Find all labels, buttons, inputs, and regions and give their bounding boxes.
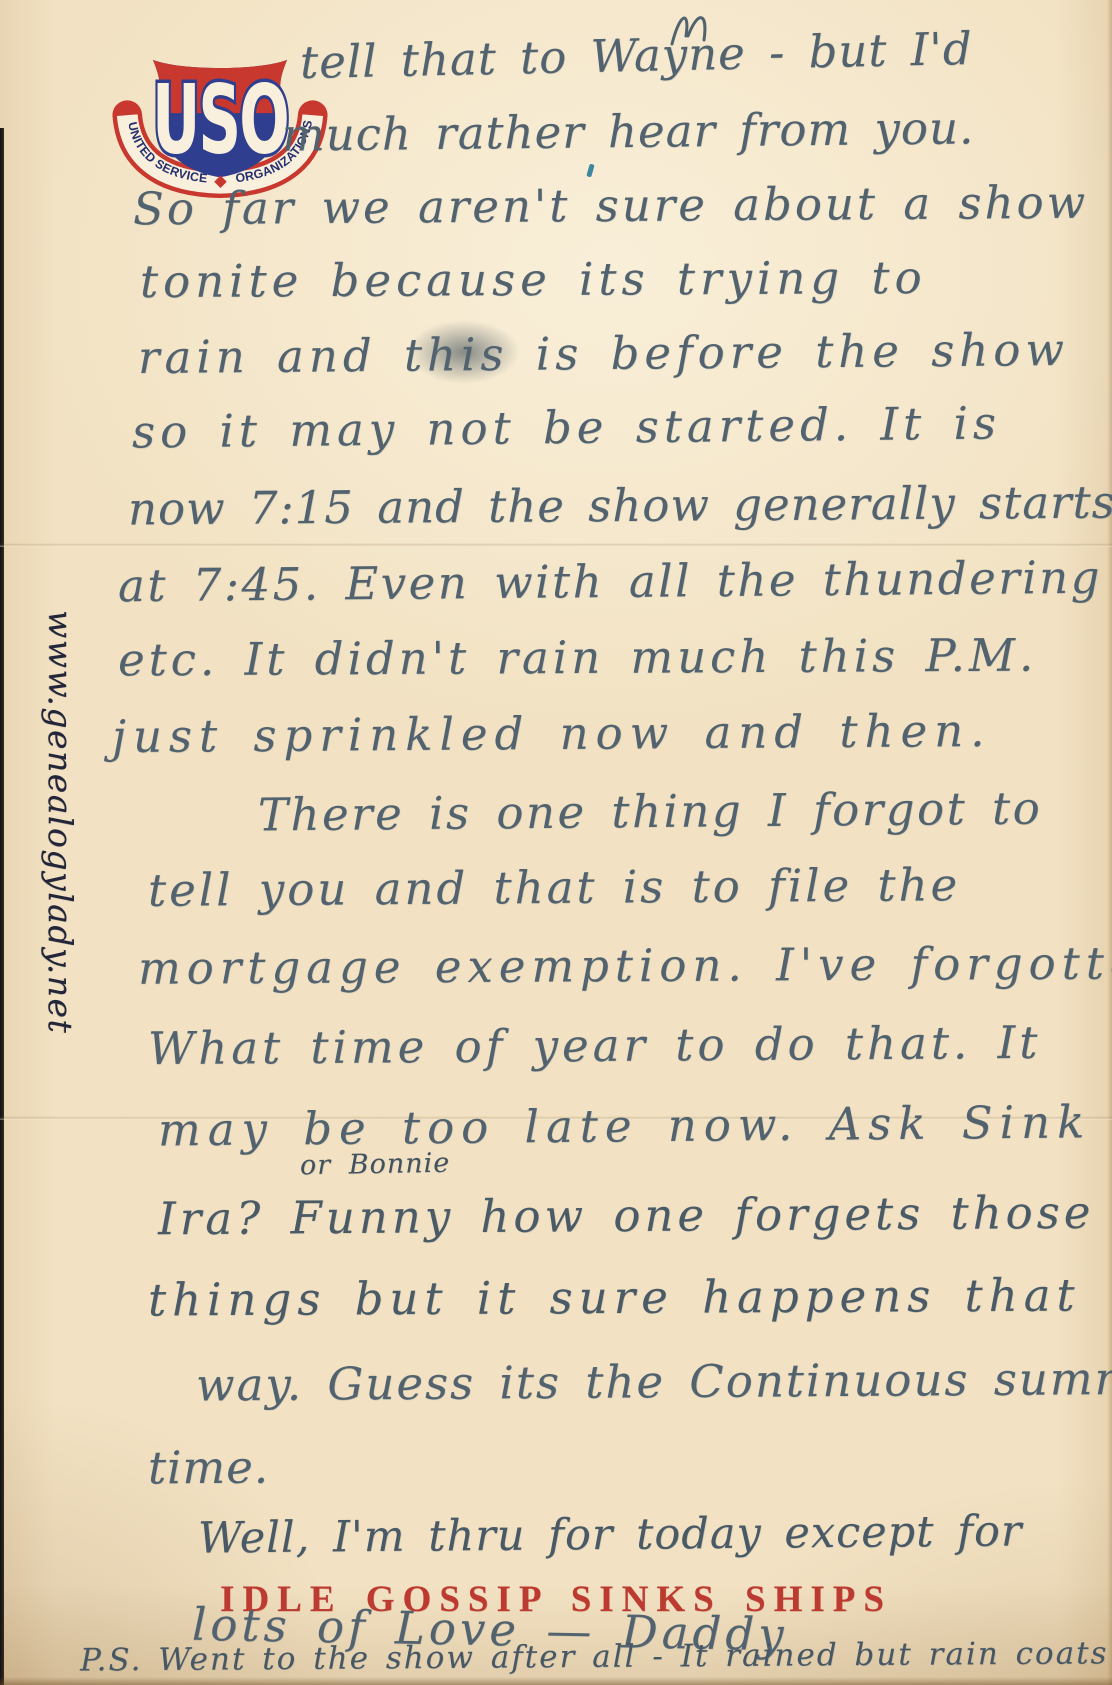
handwritten-line: Well, I'm thru for today except for — [198, 1508, 1023, 1562]
handwritten-line: mortgage exemption. I've forgotten — [138, 939, 1112, 993]
handwritten-line: What time of year to do that. It — [148, 1019, 1042, 1074]
uso-acronym-text: USO — [152, 64, 288, 176]
handwritten-line: Ira? Funny how one forgets those — [158, 1189, 1095, 1244]
handwritten-line: at 7:45. Even with all the thundering — [118, 554, 1102, 611]
handwritten-line: So far we aren't sure about a show — [133, 179, 1088, 234]
scanned-letter-page: USO UNITED SERVICE ORGANIZATIONS www.gen… — [0, 0, 1112, 1685]
scan-edge-left — [0, 128, 4, 1685]
handwritten-line: may be too late now. Ask Sink or — [158, 1098, 1112, 1156]
handwritten-insertion: or Bonnie — [300, 1149, 451, 1181]
handwritten-line: tell that to Wayne - but I'd — [300, 25, 974, 88]
fold-crease — [0, 543, 1112, 547]
handwritten-line: things but it sure happens that — [148, 1272, 1081, 1325]
scan-edge-right — [1107, 0, 1112, 1685]
handwritten-line: time. — [148, 1444, 269, 1493]
handwritten-line: There is one thing I forgot to — [258, 785, 1043, 840]
handwritten-line: way. Guess its the Continuous summer — [196, 1355, 1112, 1411]
handwritten-line: rain and this is before the show — [138, 326, 1069, 383]
handwritten-line: just sprinkled now and then. — [112, 707, 992, 762]
watermark-text: www.genealogylady.net — [41, 610, 80, 1034]
handwritten-line: tonite because its trying to — [140, 254, 927, 307]
handwritten-line: now 7:15 and the show generally starts — [128, 479, 1112, 534]
ink-fleck — [586, 164, 594, 178]
postscript-line: P.S. Went to the show after all - It rai… — [80, 1635, 1112, 1677]
handwritten-line: so it may not be started. It is — [132, 399, 1001, 457]
handwritten-line: etc. It didn't rain much this P.M. — [118, 632, 1038, 685]
handwritten-line: tell you and that is to file the — [148, 861, 960, 915]
scan-edge-bottom — [0, 1677, 1112, 1685]
handwritten-line: much rather hear from you. — [282, 104, 975, 160]
